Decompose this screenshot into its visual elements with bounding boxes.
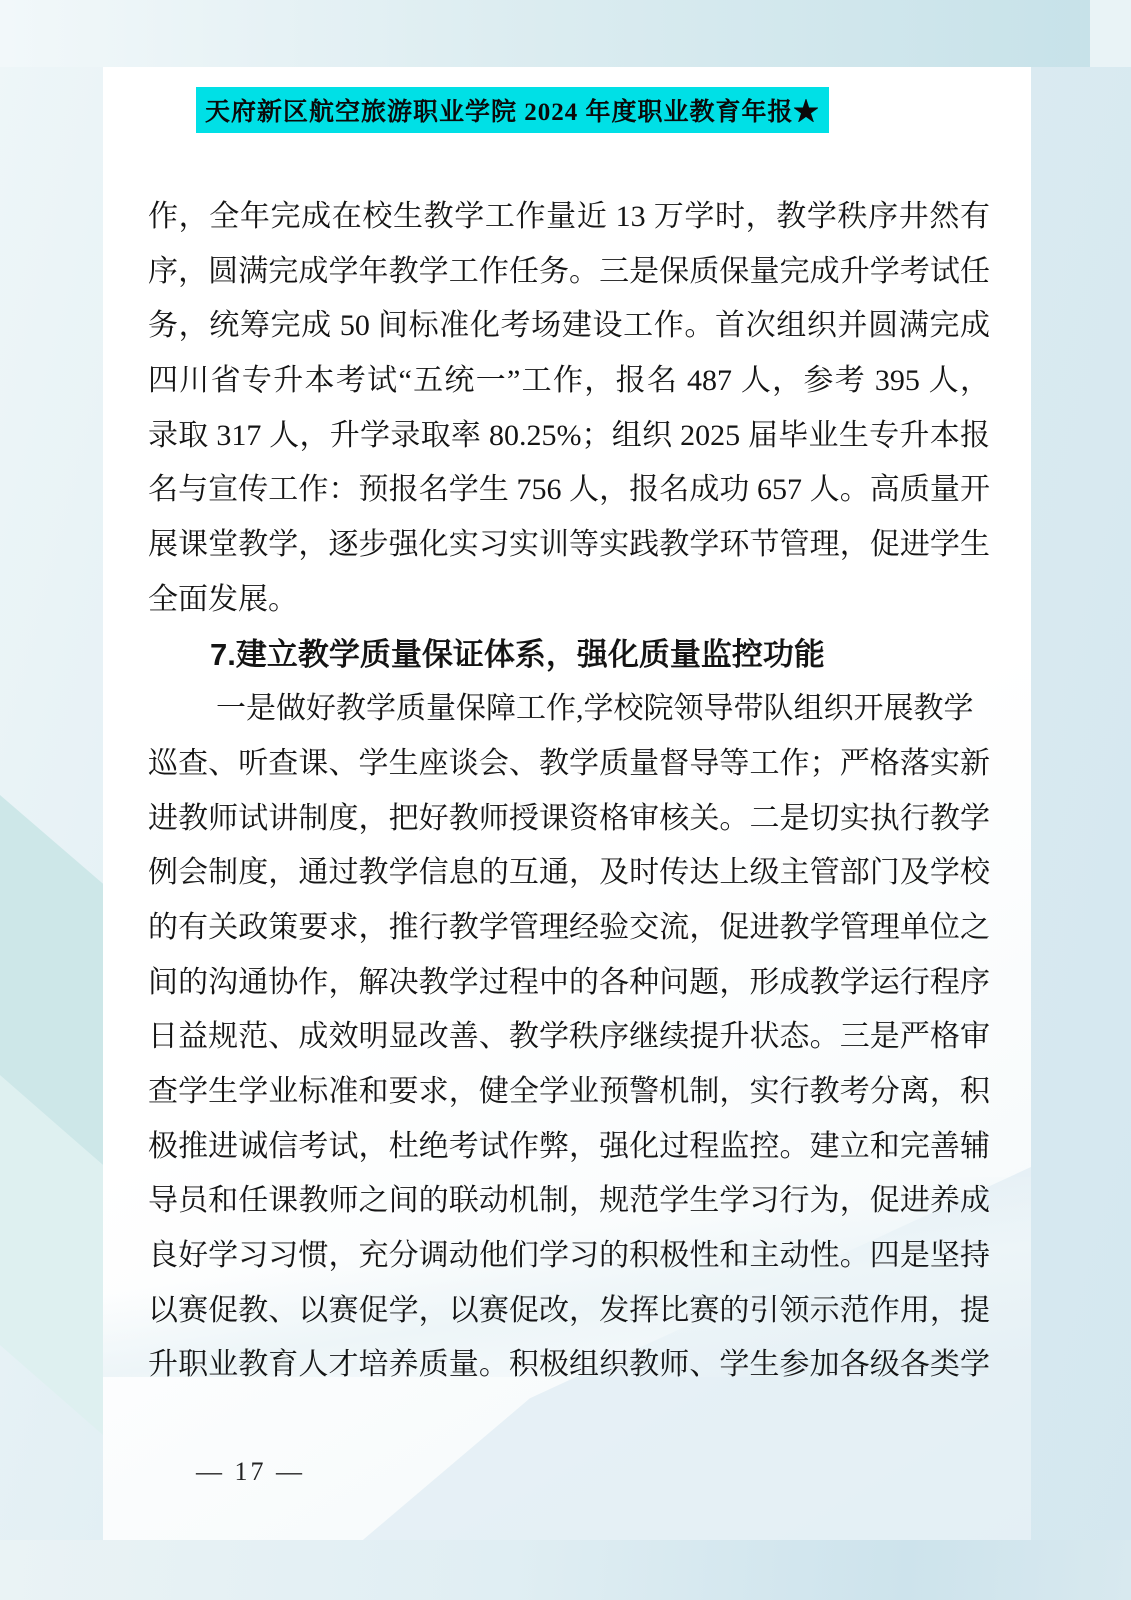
body-line: 进教师试讲制度，把好教师授课资格审核关。二是切实执行教学 — [148, 792, 990, 847]
page-header: 天府新区航空旅游职业学院 2024 年度职业教育年报★ — [196, 87, 829, 133]
body-line: 间的沟通协作，解决教学过程中的各种问题，形成教学运行程序 — [148, 956, 990, 1011]
body-line: 务，统筹完成 50 间标准化考场建设工作。首次组织并圆满完成 — [148, 299, 990, 354]
body-line: 作，全年完成在校生教学工作量近 13 万学时，教学秩序井然有 — [148, 190, 990, 245]
body-line: 以赛促教、以赛促学，以赛促改，发挥比赛的引领示范作用，提 — [148, 1284, 990, 1339]
body-line: 全面发展。 — [148, 573, 990, 628]
body-line: 序，圆满完成学年教学工作任务。三是保质保量完成升学考试任 — [148, 245, 990, 300]
background-top-band — [0, 0, 1090, 67]
body-line: 查学生学业标准和要求，健全学业预警机制，实行教考分离，积 — [148, 1065, 990, 1120]
section-heading: 7.建立教学质量保证体系，强化质量监控功能 — [148, 628, 990, 683]
body-line: 一是做好教学质量保障工作,学校院领导带队组织开展教学 — [148, 682, 990, 737]
document-canvas: 天府新区航空旅游职业学院 2024 年度职业教育年报★ 作，全年完成在校生教学工… — [0, 0, 1131, 1600]
body-line: 极推进诚信考试，杜绝考试作弊，强化过程监控。建立和完善辅 — [148, 1120, 990, 1175]
body-line: 良好学习习惯，充分调动他们学习的积极性和主动性。四是坚持 — [148, 1229, 990, 1284]
body-line: 的有关政策要求，推行教学管理经验交流，促进教学管理单位之 — [148, 901, 990, 956]
body-line: 录取 317 人，升学录取率 80.25%；组织 2025 届毕业生专升本报 — [148, 409, 990, 464]
body-line: 日益规范、成效明显改善、教学秩序继续提升状态。三是严格审 — [148, 1010, 990, 1065]
background-bottom-band — [0, 1540, 1131, 1600]
document-page: 天府新区航空旅游职业学院 2024 年度职业教育年报★ 作，全年完成在校生教学工… — [103, 67, 1031, 1540]
body-line: 例会制度，通过教学信息的互通，及时传达上级主管部门及学校 — [148, 846, 990, 901]
body-line: 升职业教育人才培养质量。积极组织教师、学生参加各级各类学 — [148, 1338, 990, 1393]
body-line: 名与宣传工作：预报名学生 756 人，报名成功 657 人。高质量开 — [148, 463, 990, 518]
body-line: 四川省专升本考试“五统一”工作，报名 487 人，参考 395 人， — [148, 354, 990, 409]
body-line: 展课堂教学，逐步强化实习实训等实践教学环节管理，促进学生 — [148, 518, 990, 573]
page-number: — 17 — — [196, 1457, 305, 1487]
background-top-band-right — [1090, 0, 1131, 67]
body-line: 巡查、听查课、学生座谈会、教学质量督导等工作；严格落实新 — [148, 737, 990, 792]
document-body: 作，全年完成在校生教学工作量近 13 万学时，教学秩序井然有 序，圆满完成学年教… — [148, 190, 990, 1393]
body-line: 导员和任课教师之间的联动机制，规范学生学习行为，促进养成 — [148, 1174, 990, 1229]
page-header-text: 天府新区航空旅游职业学院 2024 年度职业教育年报★ — [205, 92, 820, 128]
